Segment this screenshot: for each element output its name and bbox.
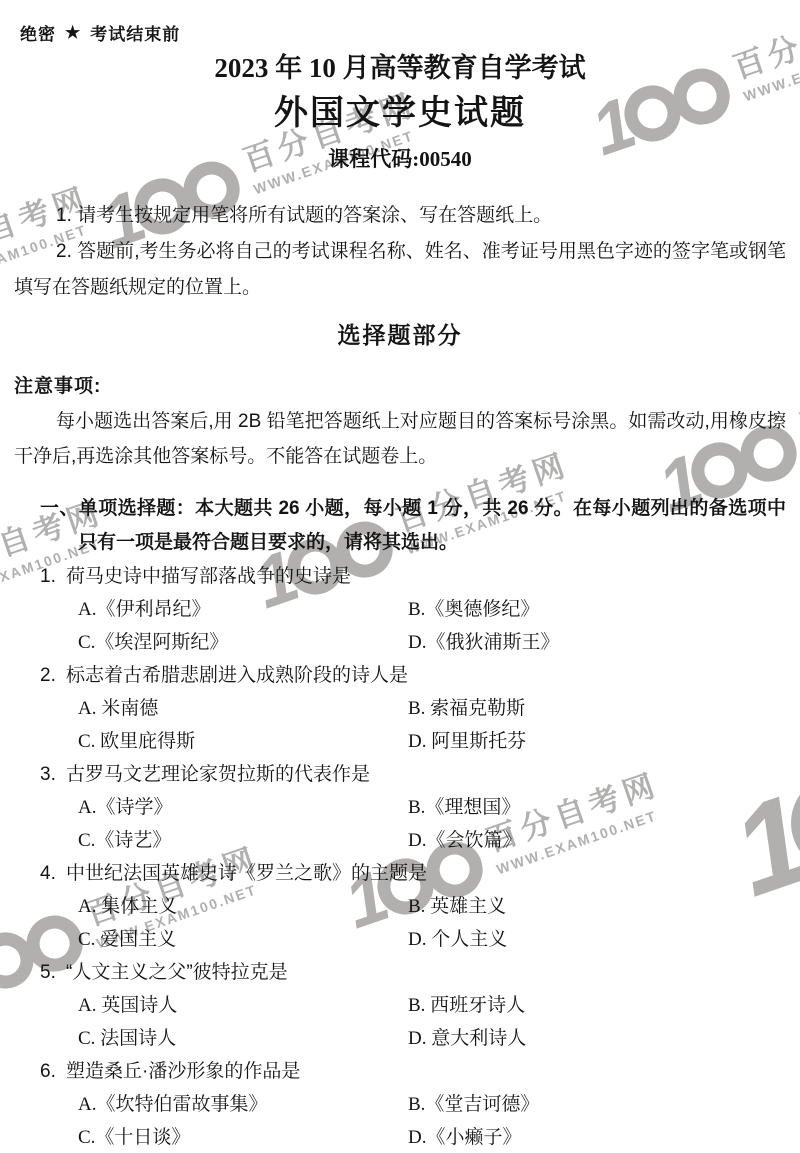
option-a: A.《坎特伯雷故事集》 [78,1088,408,1121]
option-c: C. 法国诗人 [78,1022,408,1055]
option-a: A.《诗学》 [78,791,408,824]
question-number: 5. [40,956,66,989]
option-row: C. 法国诗人D. 意大利诗人 [78,1022,786,1055]
option-d: D.《小癞子》 [408,1121,521,1153]
course-code: 课程代码:00540 [14,146,786,172]
instruction-number: 1. [56,205,72,226]
general-instructions: 1. 请考生按规定用笔将所有试题的答案涂、写在答题纸上。 2. 答题前,考生务必… [14,198,786,306]
star-icon: ★ [65,23,81,43]
part-one-heading: 一、单项选择题：本大题共 26 小题，每小题 1 分，共 26 分。在每小题列出… [14,492,786,560]
question-stem-text: 古罗马文艺理论家贺拉斯的代表作是 [66,764,370,785]
option-a: A. 集体主义 [78,890,408,923]
question-6: 6.塑造桑丘·潘沙形象的作品是 A.《坎特伯雷故事集》B.《堂吉诃德》 C.《十… [14,1055,786,1153]
option-b: B.《堂吉诃德》 [408,1088,539,1121]
question-number: 1. [40,560,66,593]
option-row: C. 爱国主义D. 个人主义 [78,923,786,956]
option-row: C.《诗艺》D.《会饮篇》 [78,824,786,857]
part-number: 一、 [40,498,79,519]
option-c: C.《埃涅阿斯纪》 [78,626,408,659]
question-stem-text: 标志着古希腊悲剧进入成熟阶段的诗人是 [66,665,408,686]
question-stem-text: 中世纪法国英雄史诗《罗兰之歌》的主题是 [66,863,427,884]
option-b: B. 索福克勒斯 [408,692,525,725]
secret-label: 绝密 [20,20,56,45]
option-d: D. 阿里斯托芬 [408,725,526,758]
paper-title: 外国文学史试题 [14,94,786,134]
question-stem: 6.塑造桑丘·潘沙形象的作品是 [40,1055,786,1088]
question-stem: 2.标志着古希腊悲剧进入成熟阶段的诗人是 [40,659,786,692]
question-number: 2. [40,659,66,692]
document-body: 2023 年 10 月高等教育自学考试 外国文学史试题 课程代码:00540 1… [0,0,800,1153]
option-c: C. 爱国主义 [78,923,408,956]
question-5: 5.“人文主义之父”彼特拉克是 A. 英国诗人B. 西班牙诗人 C. 法国诗人D… [14,956,786,1055]
question-stem-text: 塑造桑丘·潘沙形象的作品是 [66,1061,300,1082]
question-number: 4. [40,857,66,890]
option-b: B.《奥德修纪》 [408,593,539,626]
notes-body: 每小题选出答案后,用 2B 铅笔把答题纸上对应题目的答案标号涂黑。如需改动,用橡… [14,404,786,474]
option-a: A. 米南德 [78,692,408,725]
option-row: C. 欧里庇得斯D. 阿里斯托芬 [78,725,786,758]
option-row: A.《伊利昂纪》B.《奥德修纪》 [78,593,786,626]
question-4: 4.中世纪法国英雄史诗《罗兰之歌》的主题是 A. 集体主义B. 英雄主义 C. … [14,857,786,956]
option-row: A. 集体主义B. 英雄主义 [78,890,786,923]
option-row: A. 英国诗人B. 西班牙诗人 [78,989,786,1022]
instruction-number: 2. [56,241,72,262]
instruction-item-1: 1. 请考生按规定用笔将所有试题的答案涂、写在答题纸上。 [14,198,786,234]
option-row: A.《坎特伯雷故事集》B.《堂吉诃德》 [78,1088,786,1121]
question-stem: 1.荷马史诗中描写部落战争的史诗是 [40,560,786,593]
option-b: B. 英雄主义 [408,890,506,923]
question-stem: 5.“人文主义之父”彼特拉克是 [40,956,786,989]
question-number: 3. [40,758,66,791]
option-row: A.《诗学》B.《理想国》 [78,791,786,824]
option-d: D. 个人主义 [408,923,507,956]
option-c: C.《十日谈》 [78,1121,408,1153]
question-stem-text: 荷马史诗中描写部落战争的史诗是 [66,566,351,587]
option-d: D. 意大利诗人 [408,1022,526,1055]
question-stem: 4.中世纪法国英雄史诗《罗兰之歌》的主题是 [40,857,786,890]
part-heading-text: 单项选择题：本大题共 26 小题，每小题 1 分，共 26 分。在每小题列出的备… [78,498,786,553]
option-a: A.《伊利昂纪》 [78,593,408,626]
instruction-text: 答题前,考生务必将自己的考试课程名称、姓名、准考证号用黑色字迹的签字笔或钢笔填写… [14,241,786,298]
instruction-text: 请考生按规定用笔将所有试题的答案涂、写在答题纸上。 [77,205,552,226]
option-b: B. 西班牙诗人 [408,989,525,1022]
question-number: 6. [40,1055,66,1088]
option-row: C.《埃涅阿斯纪》D.《俄狄浦斯王》 [78,626,786,659]
exam-session-title: 2023 年 10 月高等教育自学考试 [14,52,786,84]
secret-banner: 绝密 ★ 考试结束前 [20,20,180,45]
option-c: C. 欧里庇得斯 [78,725,408,758]
option-c: C.《诗艺》 [78,824,408,857]
option-d: D.《会饮篇》 [408,824,521,857]
notes-heading: 注意事项: [14,374,786,400]
exam-end-label: 考试结束前 [90,20,180,45]
option-row: C.《十日谈》D.《小癞子》 [78,1121,786,1153]
question-stem-text: “人文主义之父”彼特拉克是 [66,962,288,983]
exam-paper-page: { "header": { "secret_label": "绝密", "sta… [0,0,800,1153]
option-d: D.《俄狄浦斯王》 [408,626,559,659]
question-1: 1.荷马史诗中描写部落战争的史诗是 A.《伊利昂纪》B.《奥德修纪》 C.《埃涅… [14,560,786,659]
question-stem: 3.古罗马文艺理论家贺拉斯的代表作是 [40,758,786,791]
option-row: A. 米南德B. 索福克勒斯 [78,692,786,725]
question-list: 1.荷马史诗中描写部落战争的史诗是 A.《伊利昂纪》B.《奥德修纪》 C.《埃涅… [14,560,786,1153]
option-a: A. 英国诗人 [78,989,408,1022]
question-3: 3.古罗马文艺理论家贺拉斯的代表作是 A.《诗学》B.《理想国》 C.《诗艺》D… [14,758,786,857]
question-2: 2.标志着古希腊悲剧进入成熟阶段的诗人是 A. 米南德B. 索福克勒斯 C. 欧… [14,659,786,758]
instruction-item-2: 2. 答题前,考生务必将自己的考试课程名称、姓名、准考证号用黑色字迹的签字笔或钢… [14,234,786,306]
section-title: 选择题部分 [14,320,786,350]
option-b: B.《理想国》 [408,791,520,824]
